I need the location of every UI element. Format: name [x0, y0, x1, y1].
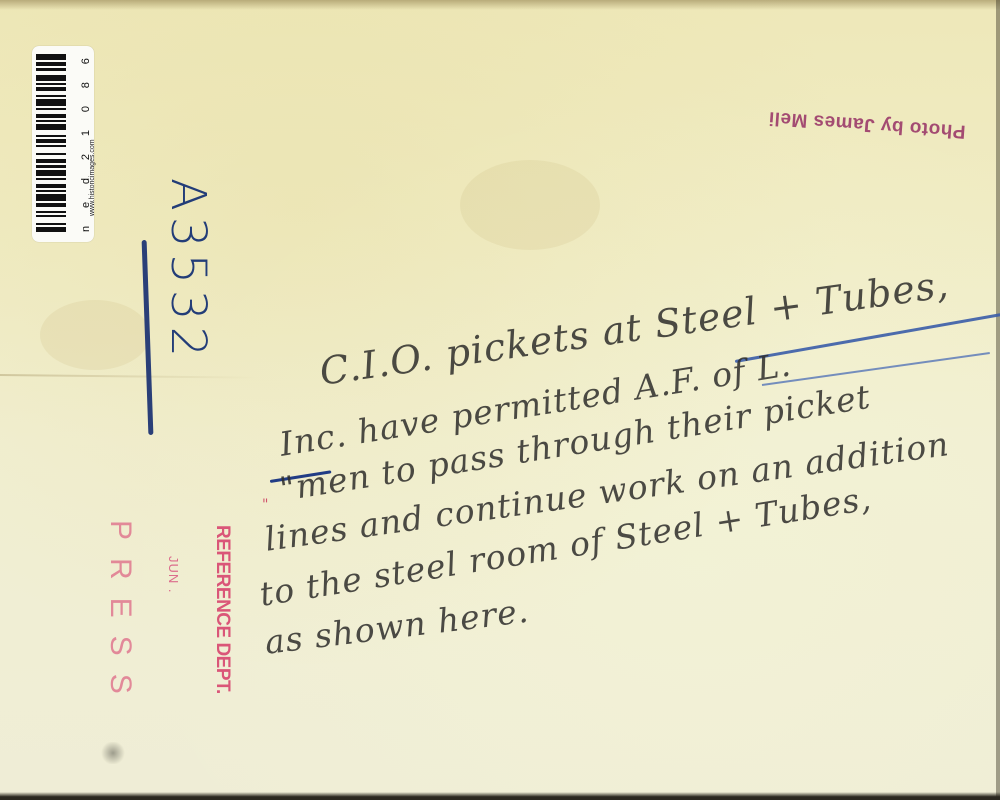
paper-stain — [40, 300, 150, 370]
catalog-number: A3532 — [152, 170, 222, 400]
photo-back: ned21086 www.historicimages.com Photo by… — [0, 0, 1000, 800]
barcode-url: www.historicimages.com — [89, 66, 97, 216]
date-stamp-text: JUN . — [165, 556, 181, 636]
bottom-edge-shadow — [0, 792, 1000, 800]
handwritten-caption: C.I.O. pickets at Steel + Tubes, Inc. ha… — [255, 330, 995, 670]
reference-dept-stamp-text: REFERENCE DEPT. — [208, 525, 236, 715]
barcode-digit: 6 — [81, 58, 92, 64]
barcode-digit: n — [81, 226, 92, 232]
press-stamp-text: PRESS — [102, 520, 138, 720]
barcode-gap — [36, 232, 66, 234]
top-edge-shadow — [0, 0, 1000, 10]
barcode-text: ned21086 www.historicimages.com — [70, 54, 92, 236]
reference-dept-stamp: REFERENCE DEPT. — [208, 525, 236, 715]
ink-smudge — [100, 742, 126, 764]
photo-credit-stamp: Photo by James Meli — [751, 96, 983, 152]
barcode-icon — [36, 54, 66, 234]
date-stamp: JUN . — [165, 556, 181, 636]
right-edge-shadow — [996, 0, 1000, 800]
catalog-number-text: A3532 — [158, 178, 218, 398]
barcode-label: ned21086 www.historicimages.com — [32, 46, 94, 242]
press-stamp: PRESS — [102, 520, 138, 720]
paper-stain — [460, 160, 600, 250]
